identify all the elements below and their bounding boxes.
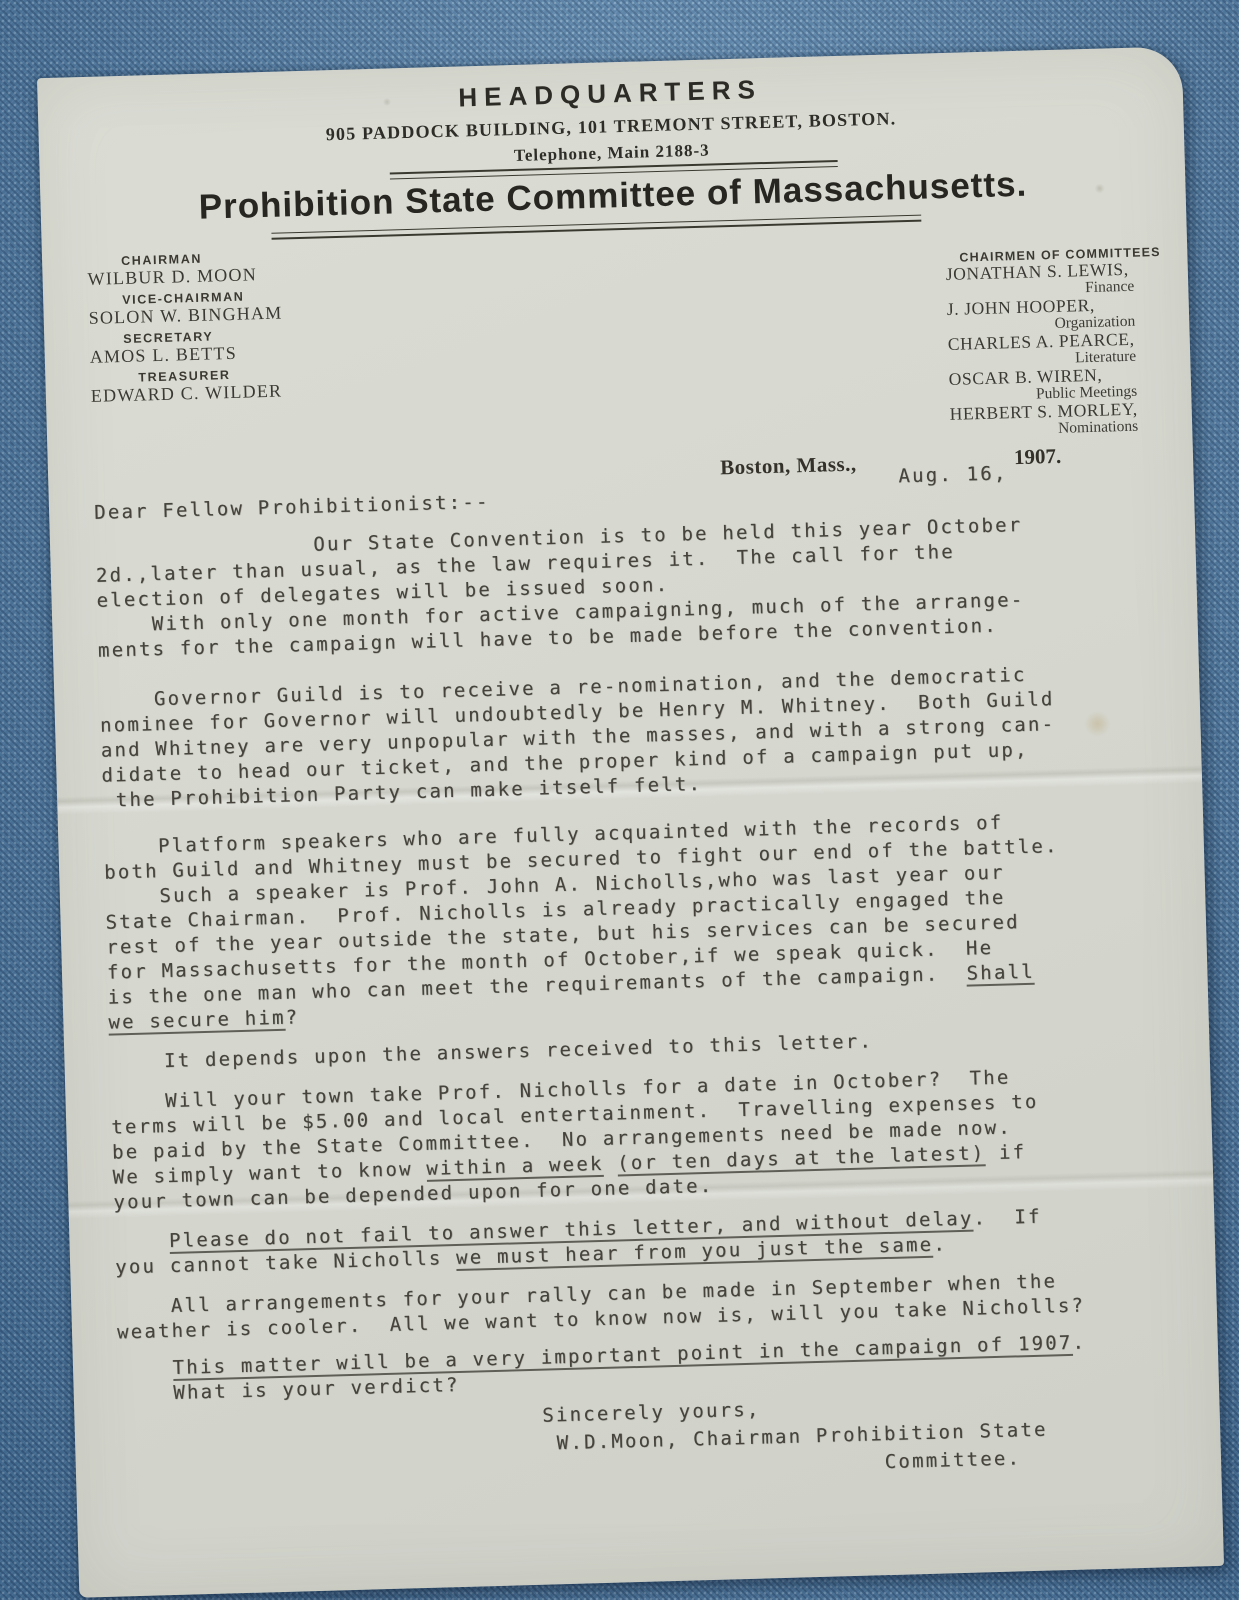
typed-text: . — [1072, 1331, 1086, 1353]
paragraph: Will your town take Prof. Nicholls for a… — [110, 1064, 1081, 1216]
officer-name: AMOS L. BETTS — [90, 342, 284, 367]
typed-text: if — [985, 1141, 1027, 1164]
officer-name: WILBUR D. MOON — [87, 264, 281, 289]
typed-text: . If — [973, 1206, 1042, 1230]
dateline-place: Boston, Mass., — [720, 452, 857, 481]
paragraph: Governor Guild is to receive a re-nomina… — [99, 662, 1070, 814]
underlined-typed-text: Shall — [966, 961, 1035, 987]
letter-paper: HEADQUARTERS 905 PADDOCK BUILDING, 101 T… — [37, 46, 1224, 1597]
dateline-typed-date: Aug. 16, — [898, 461, 1008, 489]
committees-block: CHAIRMEN OF COMMITTEES JONATHAN S. LEWIS… — [945, 246, 1138, 440]
letter-body: Our State Convention is to be held this … — [95, 512, 1090, 1498]
officer-entry: SECRETARY AMOS L. BETTS — [89, 328, 284, 367]
officer-entry: TREASURER EDWARD C. WILDER — [90, 367, 285, 406]
typed-text — [114, 1230, 169, 1254]
typed-text — [118, 1357, 173, 1381]
dateline-year: 1907. — [1014, 444, 1062, 470]
officer-name: SOLON W. BINGHAM — [88, 303, 282, 328]
officer-name: EDWARD C. WILDER — [91, 380, 285, 405]
paragraph: Platform speakers who are fully acquaint… — [103, 809, 1077, 1036]
underlined-typed-text: we secure him — [108, 1007, 286, 1036]
officer-entry: CHAIRMAN WILBUR D. MOON — [87, 250, 282, 289]
typed-text: . — [933, 1233, 947, 1255]
typed-text: ? — [285, 1006, 299, 1028]
typed-text: It depends upon the answers received to … — [109, 1030, 873, 1073]
committee-entry: JONATHAN S. LEWIS, Finance — [946, 260, 1135, 300]
officers-block: CHAIRMAN WILBUR D. MOON VICE-CHAIRMAN SO… — [87, 250, 285, 411]
paragraph: Our State Convention is to be held this … — [95, 512, 1066, 664]
typed-text — [603, 1153, 617, 1175]
committee-entry: HERBERT S. MORLEY, Nominations — [949, 400, 1138, 440]
photo-background: HEADQUARTERS 905 PADDOCK BUILDING, 101 T… — [0, 0, 1239, 1600]
officer-entry: VICE-CHAIRMAN SOLON W. BINGHAM — [88, 289, 283, 328]
paragraph: Please do not fail to answer this letter… — [114, 1204, 1083, 1281]
committee-entry: CHARLES A. PEARCE, Literature — [948, 330, 1137, 370]
